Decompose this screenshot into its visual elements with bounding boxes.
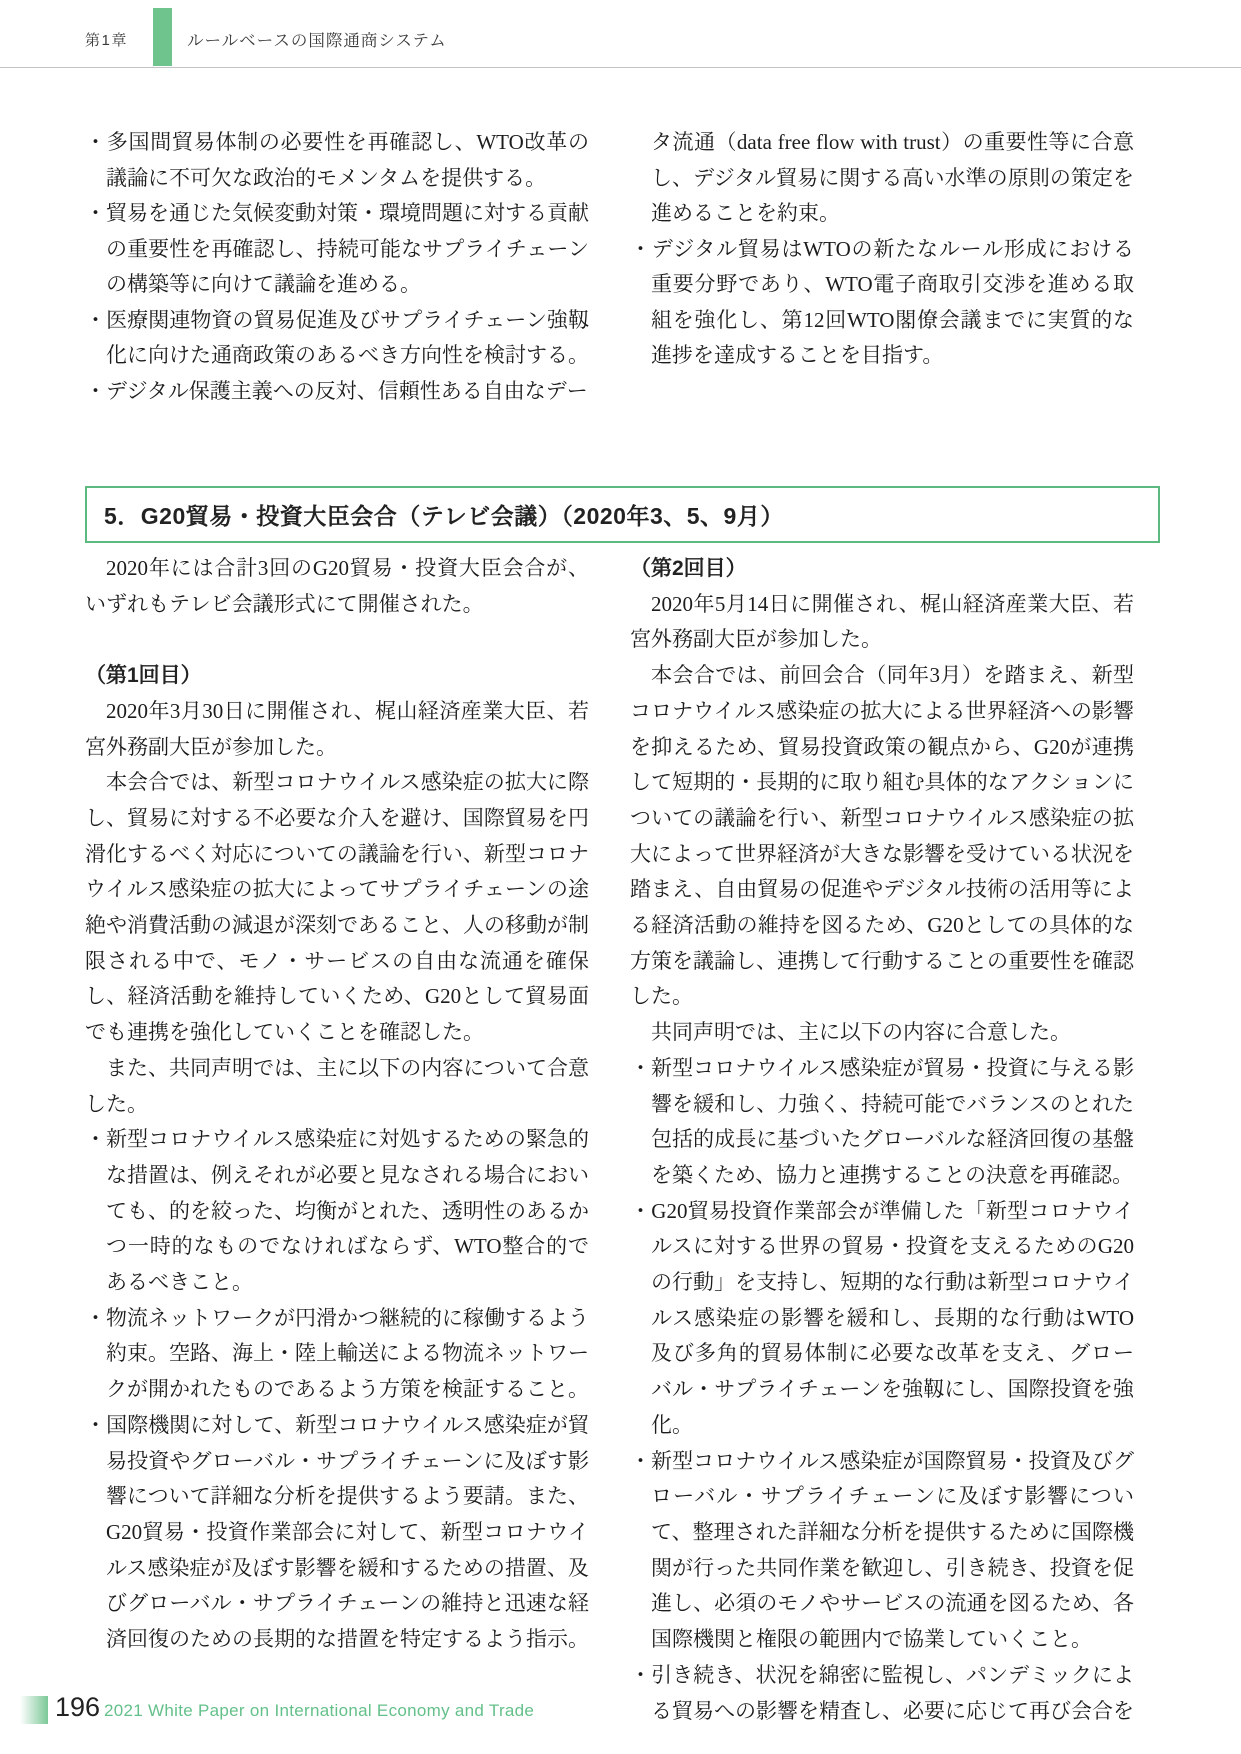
bullet-item: ・新型コロナウイルス感染症に対処するための緊急的な措置は、例えそれが必要と見なさ… xyxy=(85,1122,589,1301)
footer-book-title: 2021 White Paper on International Econom… xyxy=(104,1701,534,1721)
paragraph: 本会合では、新型コロナウイルス感染症の拡大に際し、貿易に対する不必要な介入を避け… xyxy=(85,765,589,1051)
section-heading: 5．G20貿易・投資大臣会合（テレビ会議）（2020年3、5、9月） xyxy=(104,498,784,531)
intro-left-column: ・多国間貿易体制の必要性を再確認し、WTO改革の議論に不可欠な政治的モメンタムを… xyxy=(85,125,589,409)
bullet-item: ・多国間貿易体制の必要性を再確認し、WTO改革の議論に不可欠な政治的モメンタムを… xyxy=(85,125,589,196)
sub-heading: （第2回目） xyxy=(630,551,1134,587)
bullet-item: ・G20貿易投資作業部会が準備した「新型コロナウイルスに対する世界の貿易・投資を… xyxy=(630,1194,1134,1444)
footer-accent-block xyxy=(20,1696,48,1724)
paragraph: また、共同声明では、主に以下の内容について合意した。 xyxy=(85,1051,589,1122)
paragraph: 2020年5月14日に開催され、梶山経済産業大臣、若宮外務副大臣が参加した。 xyxy=(630,587,1134,658)
bullet-item: ・新型コロナウイルス感染症が国際貿易・投資及びグローバル・サプライチェーンに及ぼ… xyxy=(630,1444,1134,1658)
spacer xyxy=(85,622,589,658)
section-body: 2020年には合計3回のG20貿易・投資大臣会合が、いずれもテレビ会議形式にて開… xyxy=(85,551,1134,1729)
paragraph: 共同声明では、主に以下の内容に合意した。 xyxy=(630,1015,1134,1051)
bullet-item: ・貿易を通じた気候変動対策・環境問題に対する貢献の重要性を再確認し、持続可能なサ… xyxy=(85,196,589,303)
chapter-accent-bar xyxy=(153,8,172,66)
bullet-item: ・国際機関に対して、新型コロナウイルス感染症が貿易投資やグローバル・サプライチェ… xyxy=(85,1408,589,1658)
chapter-label: 第1章 xyxy=(85,29,128,50)
body-left-column: 2020年には合計3回のG20貿易・投資大臣会合が、いずれもテレビ会議形式にて開… xyxy=(85,551,589,1729)
bullet-item: ・物流ネットワークが円滑かつ継続的に稼働するよう約束。空路、海上・陸上輸送による… xyxy=(85,1301,589,1408)
bullet-item: ・医療関連物資の貿易促進及びサプライチェーン強靱化に向けた通商政策のあるべき方向… xyxy=(85,303,589,374)
page-number: 196 xyxy=(55,1692,100,1723)
chapter-title: ルールベースの国際通商システム xyxy=(187,27,447,51)
paragraph: 本会合では、前回会合（同年3月）を踏まえ、新型コロナウイルス感染症の拡大による世… xyxy=(630,658,1134,1015)
intro-right-column: タ流通（data free flow with trust）の重要性等に合意し、… xyxy=(630,125,1134,409)
paragraph: タ流通（data free flow with trust）の重要性等に合意し、… xyxy=(630,125,1134,232)
body-right-column: （第2回目）2020年5月14日に開催され、梶山経済産業大臣、若宮外務副大臣が参… xyxy=(630,551,1134,1729)
header-divider xyxy=(0,67,1241,68)
section-heading-box: 5．G20貿易・投資大臣会合（テレビ会議）（2020年3、5、9月） xyxy=(85,486,1160,543)
bullet-item: ・新型コロナウイルス感染症が貿易・投資に与える影響を緩和し、力強く、持続可能でバ… xyxy=(630,1051,1134,1194)
paragraph: 2020年には合計3回のG20貿易・投資大臣会合が、いずれもテレビ会議形式にて開… xyxy=(85,551,589,622)
paragraph: 2020年3月30日に開催され、梶山経済産業大臣、若宮外務副大臣が参加した。 xyxy=(85,694,589,765)
bullet-item: ・デジタル保護主義への反対、信頼性ある自由なデー xyxy=(85,374,589,410)
bullet-item: ・引き続き、状況を綿密に監視し、パンデミックによる貿易への影響を精査し、必要に応… xyxy=(630,1658,1134,1729)
intro-bullet-section: ・多国間貿易体制の必要性を再確認し、WTO改革の議論に不可欠な政治的モメンタムを… xyxy=(85,125,1134,409)
bullet-item: ・デジタル貿易はWTOの新たなルール形成における重要分野であり、WTO電子商取引… xyxy=(630,232,1134,374)
sub-heading: （第1回目） xyxy=(85,658,589,694)
